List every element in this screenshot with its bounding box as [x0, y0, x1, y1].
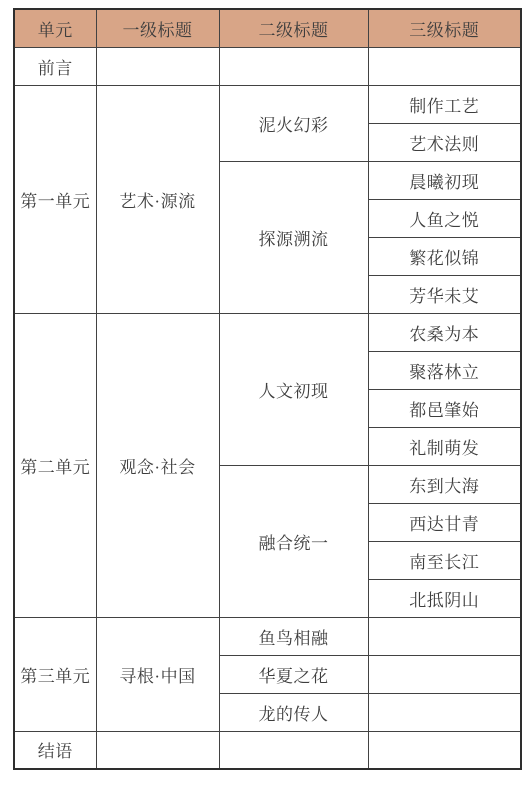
level3-cell: 西达甘青: [368, 503, 521, 541]
level3-cell: 东到大海: [368, 465, 521, 503]
column-header-level2: 二级标题: [219, 9, 368, 47]
level3-cell: 南至长江: [368, 541, 521, 579]
level3-cell: 礼制萌发: [368, 427, 521, 465]
level1-cell: 艺术·源流: [96, 85, 219, 313]
level3-cell: 繁花似锦: [368, 237, 521, 275]
level3-cell: [368, 655, 521, 693]
level1-cell: [96, 731, 219, 769]
level2-cell: [219, 731, 368, 769]
level3-cell: 晨曦初现: [368, 161, 521, 199]
level2-cell: 探源溯流: [219, 161, 368, 313]
level1-cell: 寻根·中国: [96, 617, 219, 731]
level3-cell: 人鱼之悦: [368, 199, 521, 237]
unit-cell: 第一单元: [14, 85, 96, 313]
level3-cell: 农桑为本: [368, 313, 521, 351]
toc-table: 单元 一级标题 二级标题 三级标题 前言 第一单元 艺术·源流 泥火幻彩 制作工…: [13, 8, 522, 770]
table-row: 第三单元 寻根·中国 鱼鸟相融: [14, 617, 521, 655]
level3-cell: [368, 47, 521, 85]
level3-cell: 芳华未艾: [368, 275, 521, 313]
header-row: 单元 一级标题 二级标题 三级标题: [14, 9, 521, 47]
level3-cell: 制作工艺: [368, 85, 521, 123]
level2-cell: 人文初现: [219, 313, 368, 465]
level1-cell: 观念·社会: [96, 313, 219, 617]
level2-cell: 华夏之花: [219, 655, 368, 693]
unit-cell: 前言: [14, 47, 96, 85]
level3-cell: 艺术法则: [368, 123, 521, 161]
level2-cell: 融合统一: [219, 465, 368, 617]
table-row: 第二单元 观念·社会 人文初现 农桑为本: [14, 313, 521, 351]
level2-cell: 龙的传人: [219, 693, 368, 731]
level2-cell: 鱼鸟相融: [219, 617, 368, 655]
level1-cell: [96, 47, 219, 85]
unit-cell: 第三单元: [14, 617, 96, 731]
table-row: 第一单元 艺术·源流 泥火幻彩 制作工艺: [14, 85, 521, 123]
column-header-unit: 单元: [14, 9, 96, 47]
level3-cell: [368, 731, 521, 769]
level3-cell: 都邑肇始: [368, 389, 521, 427]
level2-cell: 泥火幻彩: [219, 85, 368, 161]
unit-cell: 第二单元: [14, 313, 96, 617]
level3-cell: 聚落林立: [368, 351, 521, 389]
unit-cell: 结语: [14, 731, 96, 769]
table-row: 结语: [14, 731, 521, 769]
column-header-level3: 三级标题: [368, 9, 521, 47]
level2-cell: [219, 47, 368, 85]
level3-cell: [368, 693, 521, 731]
level3-cell: [368, 617, 521, 655]
column-header-level1: 一级标题: [96, 9, 219, 47]
level3-cell: 北抵阴山: [368, 579, 521, 617]
table-row: 前言: [14, 47, 521, 85]
